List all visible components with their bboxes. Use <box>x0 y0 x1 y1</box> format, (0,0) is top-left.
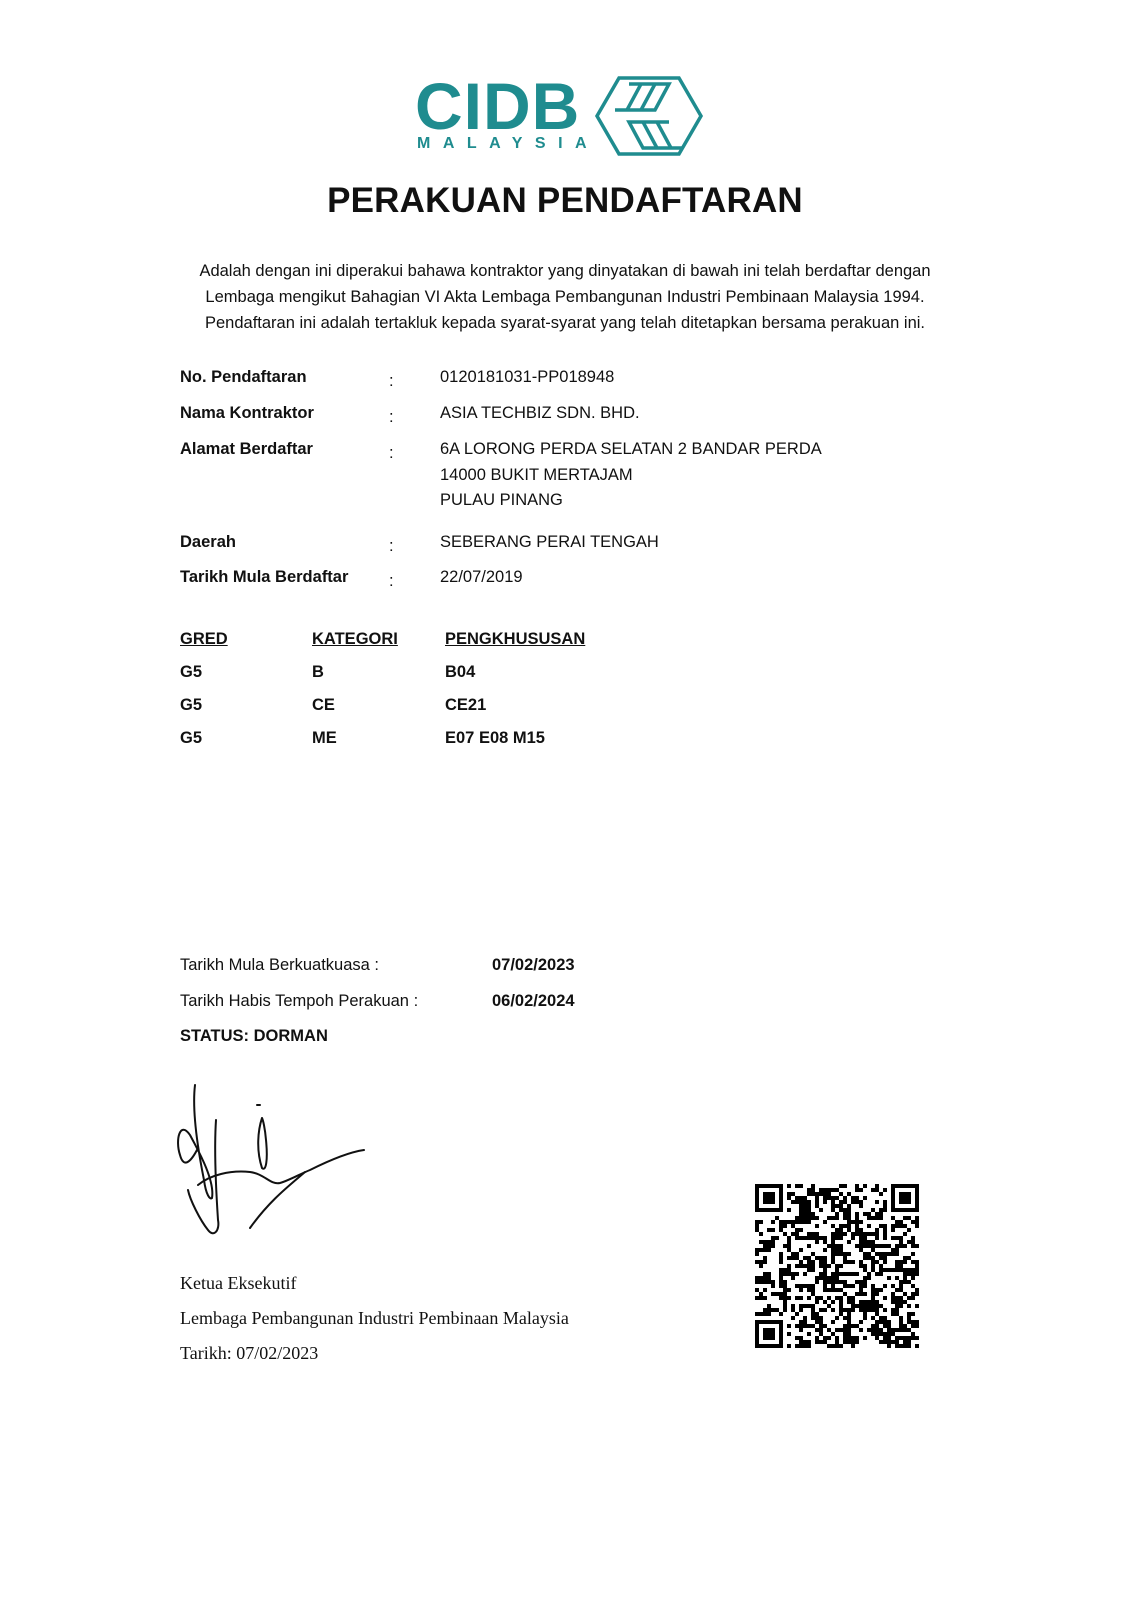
contractor-name-value: ASIA TECHBIZ SDN. BHD. <box>440 401 640 427</box>
specialization-header: PENGKHUSUSAN <box>445 630 585 649</box>
effective-date-value: 07/02/2023 <box>492 956 575 975</box>
registration-no-label: No. Pendaftaran <box>180 368 307 387</box>
address-label: Alamat Berdaftar <box>180 440 313 459</box>
signature-icon <box>170 1080 380 1260</box>
colon: : <box>389 408 394 427</box>
qr-code-icon[interactable] <box>755 1184 919 1348</box>
category-cell: CE <box>312 696 335 715</box>
grade-cell: G5 <box>180 696 202 715</box>
cidb-logo: CIDB MALAYSIA <box>415 68 705 164</box>
address-line: 14000 BUKIT MERTAJAM <box>440 463 822 489</box>
logo-brand-text: CIDB <box>415 68 580 144</box>
registered-since-label: Tarikh Mula Berdaftar <box>180 568 348 587</box>
specialization-cell: E07 E08 M15 <box>445 729 545 748</box>
intro-line: Adalah dengan ini diperakui bahawa kontr… <box>165 258 965 284</box>
district-label: Daerah <box>180 533 236 552</box>
colon: : <box>389 372 394 391</box>
status-label: STATUS: DORMAN <box>180 1027 328 1046</box>
district-value: SEBERANG PERAI TENGAH <box>440 530 659 556</box>
grade-cell: G5 <box>180 663 202 682</box>
signatory-date: Tarikh: 07/02/2023 <box>180 1343 318 1364</box>
address-line: 6A LORONG PERDA SELATAN 2 BANDAR PERDA <box>440 437 822 463</box>
signatory-title: Ketua Eksekutif <box>180 1273 296 1294</box>
expiry-date-label: Tarikh Habis Tempoh Perakuan : <box>180 992 418 1011</box>
grade-header: GRED <box>180 630 228 649</box>
registration-no-value: 0120181031-PP018948 <box>440 365 614 391</box>
registered-since-value: 22/07/2019 <box>440 565 523 591</box>
signatory-organization: Lembaga Pembangunan Industri Pembinaan M… <box>180 1308 569 1329</box>
colon: : <box>389 537 394 556</box>
expiry-date-value: 06/02/2024 <box>492 992 575 1011</box>
effective-date-label: Tarikh Mula Berkuatkuasa : <box>180 956 379 975</box>
contractor-name-label: Nama Kontraktor <box>180 404 314 423</box>
colon: : <box>389 444 394 463</box>
category-cell: ME <box>312 729 337 748</box>
specialization-cell: CE21 <box>445 696 486 715</box>
intro-paragraph: Adalah dengan ini diperakui bahawa kontr… <box>165 258 965 336</box>
category-cell: B <box>312 663 324 682</box>
certificate-title: PERAKUAN PENDAFTARAN <box>0 181 1130 221</box>
grade-cell: G5 <box>180 729 202 748</box>
address-line: PULAU PINANG <box>440 488 822 514</box>
intro-line: Lembaga mengikut Bahagian VI Akta Lembag… <box>165 284 965 310</box>
specialization-cell: B04 <box>445 663 475 682</box>
category-header: KATEGORI <box>312 630 398 649</box>
address-value: 6A LORONG PERDA SELATAN 2 BANDAR PERDA 1… <box>440 437 822 514</box>
cidb-hexagon-logo-icon <box>593 74 705 158</box>
colon: : <box>389 572 394 591</box>
intro-line: Pendaftaran ini adalah tertakluk kepada … <box>165 310 965 336</box>
logo-subtitle: MALAYSIA <box>417 135 599 153</box>
